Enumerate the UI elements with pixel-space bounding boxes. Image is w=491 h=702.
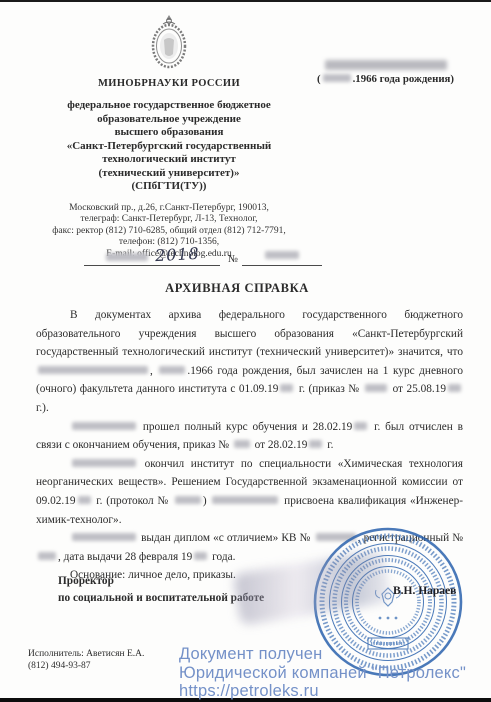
- letterhead: МИНОБРНАУКИ РОССИИ федеральное государст…: [18, 14, 320, 260]
- executor-phone: (812) 494-93-87: [28, 660, 144, 672]
- redacted-text: [159, 366, 185, 374]
- redacted-text: [212, 496, 278, 504]
- redacted-text: [234, 440, 250, 448]
- institution-line: федеральное государственное бюджетное: [18, 99, 320, 113]
- redacted-text: [72, 422, 136, 430]
- handwritten-year: 2018: [155, 244, 201, 265]
- petroleks-watermark: Документ получен Юридической компаней "П…: [179, 645, 466, 701]
- date-field: 2018: [84, 245, 220, 266]
- executor-name: Исполнитель: Аветисян Е.А.: [28, 648, 144, 660]
- watermark-line: Юридической компаней "Петролекс": [179, 664, 466, 683]
- signatory-position: Проректор по социальной и воспитательной…: [58, 573, 264, 607]
- watermark-line: Документ получен: [179, 645, 466, 664]
- birth-date-line: (.1966 года рождения): [298, 73, 473, 85]
- date-number-line: 2018 №: [84, 245, 322, 266]
- redacted-text: [106, 253, 148, 261]
- institution-line: высшего образования: [18, 126, 320, 140]
- redacted-text: [38, 366, 148, 374]
- addressee-block: (.1966 года рождения): [298, 60, 473, 85]
- redacted-text: [72, 459, 136, 467]
- institution-line: «Санкт-Петербургский государственный: [18, 140, 320, 154]
- institution-name-block: федеральное государственное бюджетное об…: [18, 99, 320, 194]
- redacted-text: [365, 384, 387, 392]
- redacted-text: [323, 74, 351, 82]
- archival-certificate-document: МИНОБРНАУКИ РОССИИ федеральное государст…: [0, 0, 491, 702]
- redacted-text: [265, 251, 299, 259]
- body-paragraph: прошел полный курс обучения и 28.02.19 г…: [36, 418, 463, 455]
- redacted-text: [175, 496, 201, 504]
- redacted-text: [448, 384, 461, 392]
- watermark-url: https://petroleks.ru: [179, 682, 466, 701]
- document-title: АРХИВНАЯ СПРАВКА: [0, 281, 474, 296]
- institution-line: технологический институт: [18, 153, 320, 167]
- ministry-name: МИНОБРНАУКИ РОССИИ: [18, 78, 320, 89]
- redacted-date: [104, 252, 150, 264]
- redacted-text: [354, 422, 367, 430]
- redacted-text: [194, 552, 207, 560]
- body-paragraph: окончил институт по специальности «Химич…: [36, 455, 463, 529]
- redacted-person-name: [325, 60, 447, 70]
- redacted-text: [309, 440, 322, 448]
- redacted-text: [78, 496, 91, 504]
- signatory-name: В.Н. Нараев: [393, 585, 456, 597]
- institution-abbreviation: (СПбГТИ(ТУ)): [18, 180, 320, 194]
- institution-line: образовательное учреждение: [18, 113, 320, 127]
- body-paragraph: В документах архива федерального государ…: [36, 306, 463, 418]
- document-number-field: [242, 250, 322, 266]
- position-line: по социальной и воспитательной работе: [58, 590, 264, 607]
- address-line: факс: ректор (812) 710-6285, общий отдел…: [18, 226, 320, 238]
- number-sign: №: [228, 254, 238, 265]
- redacted-text: [38, 552, 56, 560]
- institution-line: (технический университет)»: [18, 167, 320, 181]
- address-line: Московский пр., д.26, г.Санкт-Петербург,…: [18, 203, 320, 215]
- redacted-text: [280, 384, 293, 392]
- redacted-number: [263, 250, 301, 262]
- redacted-text: [72, 533, 136, 541]
- address-line: телеграф: Санкт-Петербург, Л-13, Техноло…: [18, 214, 320, 226]
- executor-block: Исполнитель: Аветисян Е.А. (812) 494-93-…: [28, 648, 144, 672]
- institute-emblem-icon: [146, 14, 192, 72]
